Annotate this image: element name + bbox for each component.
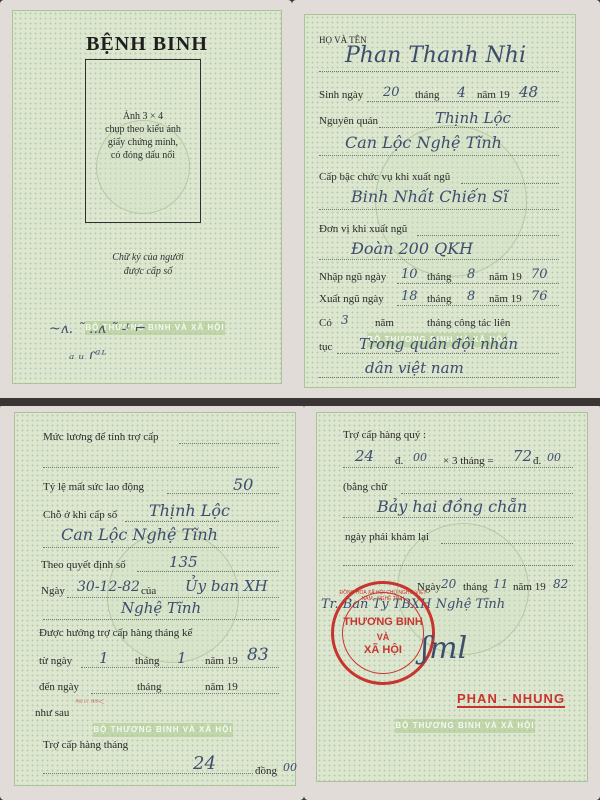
to-date-label: đến ngày	[39, 681, 79, 693]
from-month: 1	[177, 649, 187, 667]
issuer-line-2: Nghệ Tĩnh	[121, 599, 201, 617]
year-label: năm 19	[489, 293, 522, 305]
birth-day: 20	[383, 85, 400, 100]
year-label: năm 19	[477, 89, 510, 101]
issue-year: 82	[553, 577, 568, 591]
origin-line-2: Can Lộc Nghệ Tĩnh	[345, 133, 502, 152]
rank-label: Cấp bậc chức vụ khi xuất ngũ	[319, 171, 450, 183]
dotted-line	[167, 493, 279, 494]
dotted-line	[461, 183, 559, 184]
entitled-label: Được hưởng trợ cấp hàng tháng kể	[39, 627, 192, 639]
issuer-line-1: Ủy ban XH	[185, 577, 268, 595]
cover-sheet: BỆNH BINH Ảnh 3 × 4 chụp theo kiểu ảnh g…	[12, 10, 282, 384]
enlist-day: 10	[401, 267, 418, 282]
recheck-date-label: ngày phải khám lại	[345, 531, 429, 543]
dotted-line	[343, 517, 573, 518]
photo-line: Ảnh 3 × 4	[86, 110, 200, 123]
month-label: tháng	[135, 655, 159, 667]
total-cents: 00	[547, 451, 561, 464]
dotted-line	[319, 377, 559, 378]
service-line-1: Trong quân đội nhân	[359, 335, 518, 353]
dotted-line	[379, 127, 559, 128]
date-label: Ngày	[41, 585, 65, 597]
personal-info-page: HỌ VÀ TÊN Phan Thanh Nhi Sinh ngày 20 th…	[292, 0, 600, 402]
dotted-line	[319, 209, 559, 210]
from-year: 83	[247, 645, 269, 665]
dotted-line	[125, 521, 279, 522]
dotted-line	[343, 467, 573, 468]
ministry-band: BỘ THƯƠNG BINH VÀ XÃ HỘI	[395, 719, 535, 733]
as-follows-label: như sau	[35, 707, 69, 719]
holder-signature-2: ₐ ᵤ ɾᵃᶫ	[69, 347, 107, 363]
dong-label: đ.	[395, 455, 403, 467]
ministry-band: BỘ THƯƠNG BINH VÀ XÃ HỘI	[93, 723, 233, 737]
words-label: (bằng chữ	[343, 481, 387, 493]
decision-number: 135	[169, 553, 198, 571]
document-title: BỆNH BINH	[13, 33, 281, 56]
quarterly-allowance-sheet: Trợ cấp hàng quý : 24 đ. 00 × 3 tháng = …	[316, 412, 588, 782]
dotted-line	[417, 235, 559, 236]
quarterly-cents: 00	[413, 451, 427, 464]
birth-label: Sinh ngày	[319, 89, 363, 101]
quarterly-total: 72	[513, 447, 532, 465]
dotted-line	[43, 467, 279, 468]
holder-signature: ~ʌ. ˜ ..ʌ ˜ -ᵗ ⌐	[49, 321, 146, 337]
dotted-line	[441, 543, 573, 544]
unit-label: Đơn vị khi xuất ngũ	[319, 223, 407, 235]
dotted-line	[319, 259, 559, 260]
quarterly-label: Trợ cấp hàng quý :	[343, 429, 426, 441]
photo-box: Ảnh 3 × 4 chụp theo kiểu ảnh giấy chứng …	[85, 59, 201, 223]
allowance-page: Mức lương để tính trợ cấp Tỷ lệ mất sức …	[0, 404, 304, 800]
discharge-day: 18	[401, 289, 418, 304]
official-red-stamp: ĐỒNG HÒA XÃ HỘI CHỦ NGHĨA VIỆT NAM · NGH…	[331, 581, 435, 685]
dotted-line	[319, 71, 559, 72]
years-label: năm	[375, 317, 394, 329]
official-signature: ʃml	[421, 631, 467, 666]
year-label: năm 19	[513, 581, 546, 593]
decision-date: 30-12-82	[77, 579, 140, 595]
discharge-label: Xuất ngũ ngày	[319, 293, 384, 305]
month-label: tháng	[463, 581, 487, 593]
dotted-line	[91, 693, 279, 694]
month-label: tháng	[415, 89, 439, 101]
service-continuous-label: tháng công tác liên	[427, 317, 510, 329]
dotted-line	[43, 619, 279, 620]
month-label: tháng	[137, 681, 161, 693]
dotted-line	[319, 155, 559, 156]
times-label: × 3 tháng =	[443, 455, 494, 467]
origin-label: Nguyên quán	[319, 115, 378, 127]
faded-red-marks: ᵐᵃᶜᶜ ⁿᵐ˂	[75, 697, 105, 708]
month-label: tháng	[427, 293, 451, 305]
year-label: năm 19	[205, 681, 238, 693]
discharge-year: 76	[531, 289, 548, 304]
currency-suffix: 00	[283, 761, 297, 774]
photo-instructions: Ảnh 3 × 4 chụp theo kiểu ảnh giấy chứng …	[86, 110, 200, 162]
year-label: năm 19	[205, 655, 238, 667]
booklet-cover-page: BỆNH BINH Ảnh 3 × 4 chụp theo kiểu ảnh g…	[0, 0, 292, 402]
from-day: 1	[99, 649, 109, 667]
discharge-month: 8	[467, 289, 475, 304]
personal-info-sheet: HỌ VÀ TÊN Phan Thanh Nhi Sinh ngày 20 th…	[304, 14, 576, 388]
issue-day: 20	[441, 577, 456, 591]
salary-label: Mức lương để tính trợ cấp	[43, 431, 159, 443]
currency-label: đồng	[255, 765, 277, 777]
service-line-2: dân việt nam	[365, 359, 464, 377]
stamp-bottom-text: XÃ HỘI	[334, 644, 432, 656]
from-date-label: từ ngày	[39, 655, 72, 667]
disability-label: Tỷ lệ mất sức lao động	[43, 481, 144, 493]
enlist-label: Nhập ngũ ngày	[319, 271, 386, 283]
quarterly-allowance-page: Trợ cấp hàng quý : 24 đ. 00 × 3 tháng = …	[304, 404, 600, 800]
rank-value: Binh Nhất Chiến Sĩ	[351, 187, 508, 206]
birth-year: 48	[519, 83, 538, 101]
dotted-line	[343, 565, 573, 566]
issue-month: 11	[493, 577, 508, 591]
monthly-allowance-value: 24	[193, 753, 216, 774]
photo-split-divider	[0, 398, 600, 406]
stamp-top-text: THƯƠNG BINH	[334, 616, 432, 628]
allowance-sheet: Mức lương để tính trợ cấp Tỷ lệ mất sức …	[14, 412, 296, 786]
dong-label: đ.	[533, 455, 541, 467]
dotted-line	[179, 443, 279, 444]
disability-value: 50	[233, 475, 253, 494]
photo-line: chụp theo kiểu ảnh	[86, 123, 200, 136]
photo-line: có đóng dấu nổi	[86, 149, 200, 162]
dotted-line	[137, 571, 279, 572]
enlist-month: 8	[467, 267, 475, 282]
dotted-line	[43, 773, 253, 774]
stamp-mid-text: VÀ	[334, 632, 432, 642]
residence-line-1: Thịnh Lộc	[149, 501, 230, 520]
name-value: Phan Thanh Nhi	[345, 43, 526, 68]
dotted-line	[397, 305, 559, 306]
quarterly-amount: 24	[355, 447, 374, 465]
stamp-ring-text: ĐỒNG HÒA XÃ HỘI CHỦ NGHĨA VIỆT NAM · NGH…	[334, 590, 432, 602]
dotted-line	[67, 597, 279, 598]
caption-line: Chữ ký của người	[83, 251, 213, 265]
enlist-year: 70	[531, 267, 548, 282]
amount-in-words: Bảy hai đồng chẵn	[377, 497, 527, 516]
dotted-line	[397, 283, 559, 284]
residence-label: Chỗ ở khi cấp sổ	[43, 509, 117, 521]
year-label: năm 19	[489, 271, 522, 283]
birth-month: 4	[457, 85, 466, 101]
continuous-label: tục	[319, 341, 332, 353]
month-label: tháng	[427, 271, 451, 283]
dotted-line	[43, 547, 279, 548]
service-label: Có	[319, 317, 332, 329]
dotted-line	[367, 101, 559, 102]
caption-line: được cấp sổ	[83, 265, 213, 279]
dotted-line	[337, 353, 559, 354]
origin-line-1: Thịnh Lộc	[435, 109, 511, 127]
service-years: 3	[341, 313, 349, 327]
monthly-allowance-label: Trợ cấp hàng tháng	[43, 739, 128, 751]
dotted-line	[81, 667, 279, 668]
photo-line: giấy chứng minh,	[86, 136, 200, 149]
dotted-line	[401, 493, 573, 494]
signature-caption: Chữ ký của người được cấp sổ	[83, 251, 213, 279]
signer-name: PHAN - NHUNG	[457, 691, 565, 708]
residence-line-2: Can Lộc Nghệ Tĩnh	[61, 525, 218, 544]
decision-label: Theo quyết định số	[41, 559, 126, 571]
of-label: của	[141, 585, 156, 597]
unit-value: Đoàn 200 QKH	[351, 239, 473, 258]
